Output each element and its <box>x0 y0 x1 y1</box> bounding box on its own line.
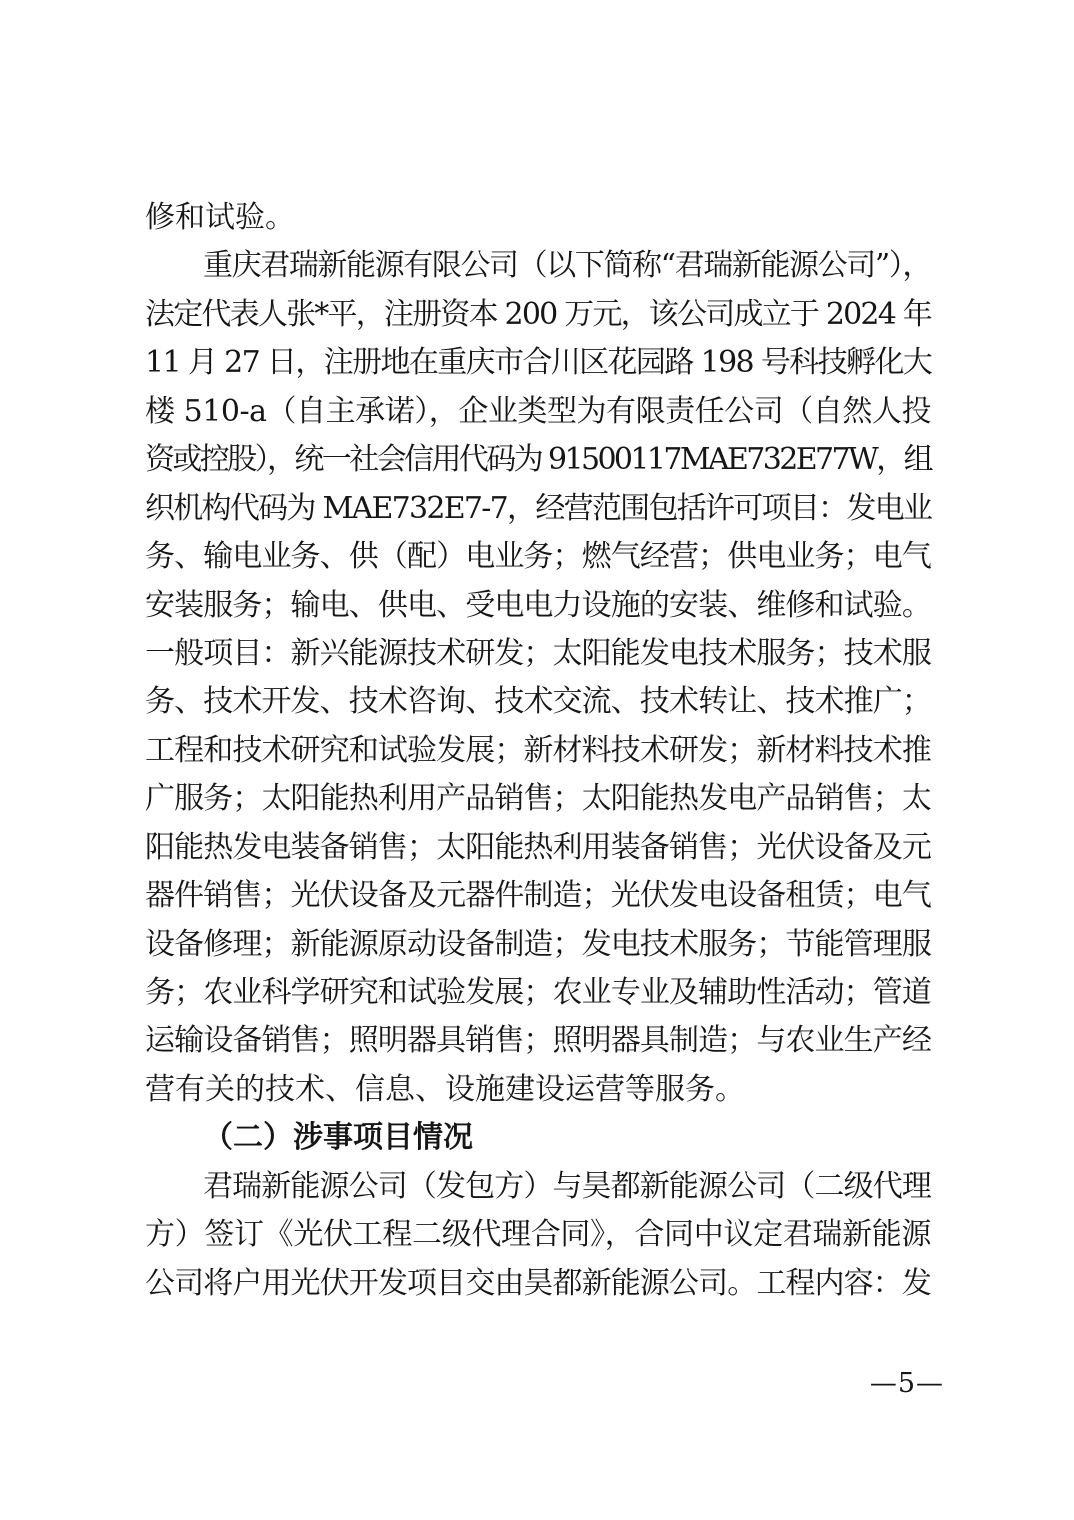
text-line-3: 法定代表人张*平，注册资本 200 万元，该公司成立于 2024 年 <box>145 291 931 339</box>
document-page: 修和试验。重庆君瑞新能源有限公司（以下简称“君瑞新能源公司”），法定代表人张*平… <box>0 0 1074 1520</box>
text-line-16: 设备修理；新能源原动设备制造；发电技术服务；节能管理服 <box>145 921 931 969</box>
page-number: —5— <box>870 1368 944 1399</box>
text-line-17: 务；农业科学研究和试验发展；农业专业及辅助性活动；管道 <box>145 969 931 1017</box>
text-line-21: 君瑞新能源公司（发包方）与昊都新能源公司（二级代理 <box>145 1163 931 1211</box>
text-line-4: 11 月 27 日，注册地在重庆市合川区花园路 198 号科技孵化大 <box>145 339 931 387</box>
text-line-18: 运输设备销售；照明器具销售；照明器具制造；与农业生产经 <box>145 1017 931 1065</box>
text-line-7: 织机构代码为 MAE732E7-7，经营范围包括许可项目：发电业 <box>145 485 931 533</box>
text-line-15: 器件销售；光伏设备及元器件制造；光伏发电设备租赁；电气 <box>145 872 931 920</box>
text-line-14: 阳能热发电装备销售；太阳能热利用装备销售；光伏设备及元 <box>145 824 931 872</box>
text-line-12: 工程和技术研究和试验发展；新材料技术研发；新材料技术推 <box>145 727 931 775</box>
text-line-6: 资或控股），统一社会信用代码为 91500117MAE732E77W，组 <box>145 436 931 484</box>
text-line-19: 营有关的技术、信息、设施建设运营等服务。 <box>145 1066 931 1114</box>
text-line-11: 务、技术开发、技术咨询、技术交流、技术转让、技术推广； <box>145 678 931 726</box>
text-line-20: （二）涉事项目情况 <box>145 1114 931 1162</box>
text-line-10: 一般项目：新兴能源技术研发；太阳能发电技术服务；技术服 <box>145 630 931 678</box>
text-line-8: 务、输电业务、供（配）电业务；燃气经营；供电业务；电气 <box>145 533 931 581</box>
text-line-23: 公司将户用光伏开发项目交由昊都新能源公司。工程内容：发 <box>145 1260 931 1308</box>
text-line-1: 修和试验。 <box>145 194 931 242</box>
text-line-5: 楼 510-a（自主承诺），企业类型为有限责任公司（自然人投 <box>145 388 931 436</box>
text-line-9: 安装服务；输电、供电、受电电力设施的安装、维修和试验。 <box>145 582 931 630</box>
text-line-13: 广服务；太阳能热利用产品销售；太阳能热发电产品销售；太 <box>145 775 931 823</box>
document-body: 修和试验。重庆君瑞新能源有限公司（以下简称“君瑞新能源公司”），法定代表人张*平… <box>145 194 931 1308</box>
text-line-2: 重庆君瑞新能源有限公司（以下简称“君瑞新能源公司”）， <box>145 242 931 290</box>
text-line-22: 方）签订《光伏工程二级代理合同》，合同中议定君瑞新能源 <box>145 1211 931 1259</box>
